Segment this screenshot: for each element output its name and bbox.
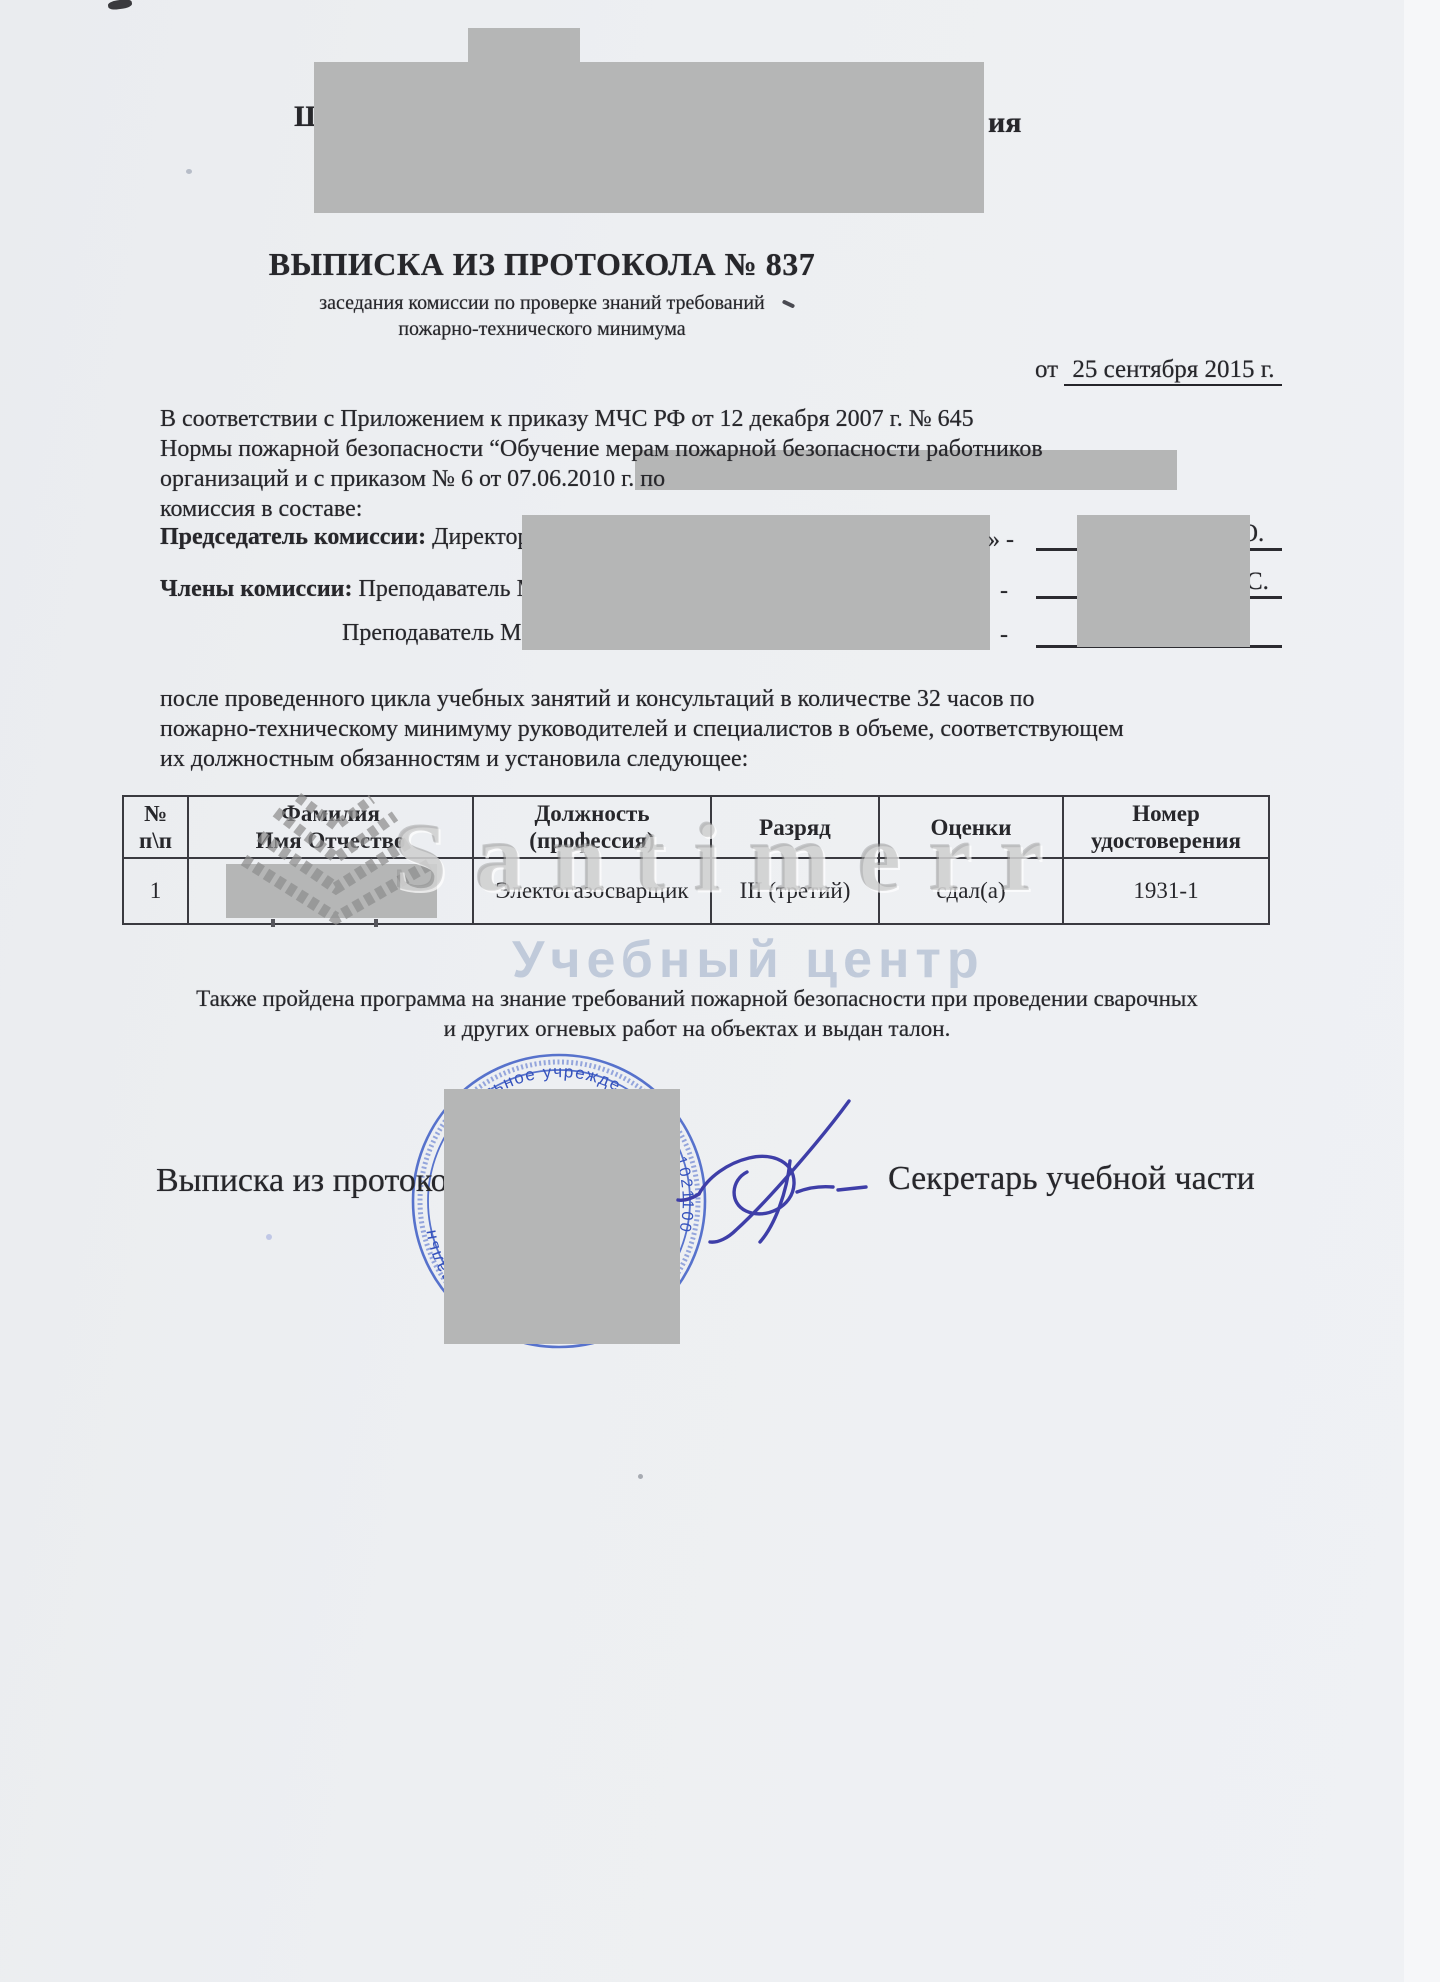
chairman-tail: » - bbox=[988, 527, 1014, 554]
intro-line3: организаций и с приказом № 6 от 07.06.20… bbox=[160, 466, 665, 493]
body-line3: их должностным обязанностям и установила… bbox=[160, 746, 748, 773]
col-header-cert-line2: удостоверения bbox=[1064, 827, 1268, 854]
cell-num: 1 bbox=[123, 858, 188, 924]
date-value: 25 сентября 2015 г. bbox=[1064, 356, 1282, 386]
commission-chairman-line: Председатель комиссии: Директор bbox=[160, 524, 529, 551]
member1-dash: - bbox=[1000, 578, 1008, 605]
document-title: ВЫПИСКА ИЗ ПРОТОКОЛА № 837 bbox=[142, 246, 942, 283]
member1-role: Преподаватель М bbox=[358, 576, 537, 602]
note-line1: Также пройдена программа на знание требо… bbox=[122, 986, 1272, 1012]
scan-corner-speck bbox=[107, 0, 132, 11]
scan-right-strip bbox=[1404, 0, 1440, 1982]
col-header-cert: Номер удостоверения bbox=[1063, 796, 1269, 858]
intro-line2: Нормы пожарной безопасности “Обучение ме… bbox=[160, 436, 1043, 463]
scan-speck bbox=[186, 169, 192, 174]
commission-members-line2: Преподаватель М bbox=[342, 620, 521, 647]
col-header-num-line2: п\п bbox=[124, 827, 187, 854]
footer-right-caption: Секретарь учебной части bbox=[888, 1160, 1255, 1198]
scan-speck bbox=[266, 1234, 272, 1240]
intro-line1: В соответствии с Приложением к приказу М… bbox=[160, 406, 974, 433]
date-prefix: от bbox=[1035, 356, 1058, 383]
intro-line4: комиссия в составе: bbox=[160, 496, 362, 523]
document-subtitle-line1: заседания комиссии по проверке знаний тр… bbox=[142, 292, 942, 315]
redaction-commission-names bbox=[522, 515, 990, 650]
body-line2: пожарно-техническому минимуму руководите… bbox=[160, 716, 1124, 743]
col-header-num-line1: № bbox=[124, 800, 187, 827]
date-line: от 25 сентября 2015 г. bbox=[1035, 356, 1282, 384]
body-line1: после проведенного цикла учебных занятий… bbox=[160, 686, 1034, 713]
members-label: Члены комиссии: bbox=[160, 576, 352, 602]
member2-dash: - bbox=[1000, 622, 1008, 649]
redaction-commission-signatures bbox=[1077, 515, 1250, 647]
chairman-label: Председатель комиссии: bbox=[160, 524, 426, 550]
redaction-letterhead-top bbox=[468, 28, 580, 62]
scanned-document-page: Ш ия ВЫПИСКА ИЗ ПРОТОКОЛА № 837 заседани… bbox=[0, 0, 1440, 1982]
note-line2: и других огневых работ на объектах и выд… bbox=[122, 1016, 1272, 1042]
col-header-num: № п\п bbox=[123, 796, 188, 858]
footer-left-caption: Выписка из протоко bbox=[156, 1162, 448, 1200]
cell-cert: 1931-1 bbox=[1063, 858, 1269, 924]
letterhead-right-fragment: ия bbox=[988, 106, 1022, 140]
redaction-stamp-center bbox=[444, 1089, 680, 1344]
commission-members-line1: Члены комиссии: Преподаватель М bbox=[160, 576, 538, 603]
watermark-tagline: Учебный центр bbox=[512, 930, 985, 990]
redaction-letterhead-main bbox=[314, 62, 984, 213]
document-subtitle-line2: пожарно-технического минимума bbox=[142, 318, 942, 341]
signature-ink bbox=[670, 1085, 880, 1255]
col-header-cert-line1: Номер bbox=[1064, 800, 1268, 827]
watermark-brand: Santimerr bbox=[393, 812, 1071, 904]
chairman-role: Директор bbox=[432, 524, 529, 550]
scan-speck bbox=[638, 1474, 643, 1479]
